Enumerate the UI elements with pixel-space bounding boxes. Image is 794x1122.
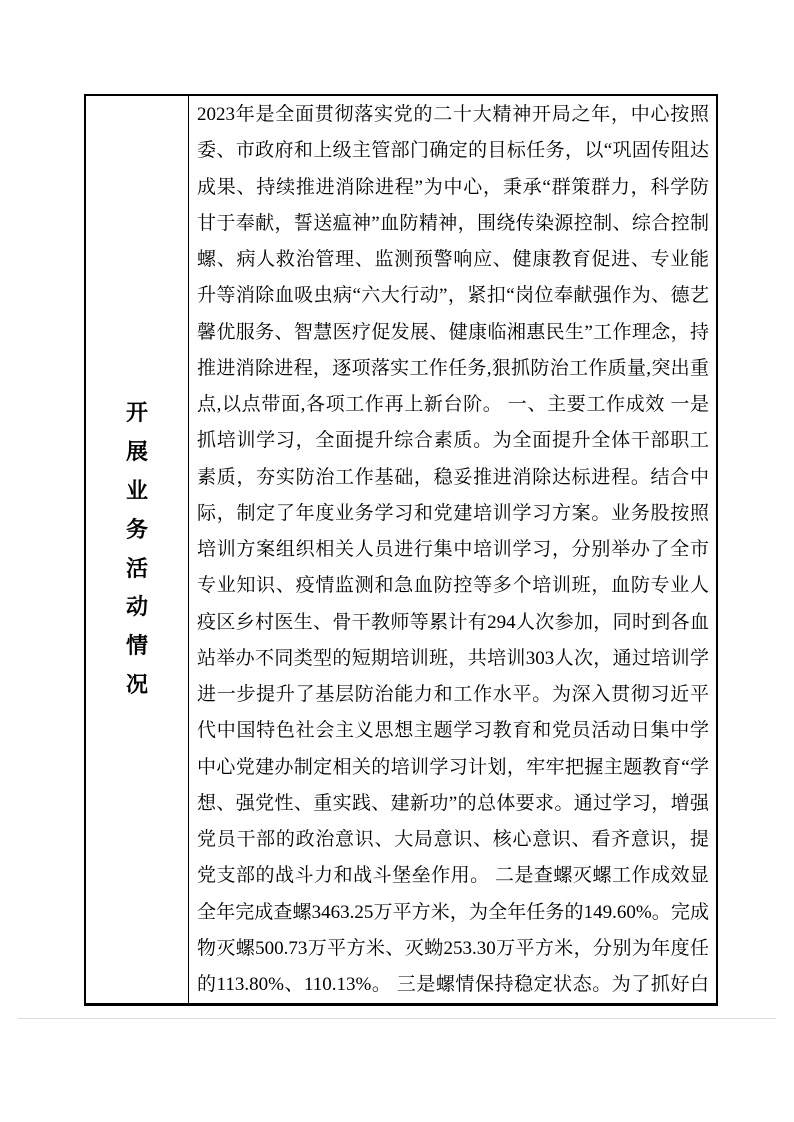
body-text-line: 点,以点带面,各项工作再上新台阶。 一、主要工作成效 一是狠 xyxy=(197,387,709,423)
body-text-line: 升等消除血吸虫病“六大行动”，紧扣“岗位奉献强作为、德艺双 xyxy=(197,278,709,314)
body-text-line: 2023年是全面贯彻落实党的二十大精神开局之年，中心按照市 xyxy=(197,97,709,133)
body-text-line: 疫区乡村医生、骨干教师等累计有294人次参加，同时到各血防 xyxy=(197,605,709,641)
document-page: 开展业务活动情况 2023年是全面贯彻落实党的二十大精神开局之年，中心按照市委、… xyxy=(0,0,794,1122)
body-text-line: 专业知识、疫情监测和急血防控等多个培训班，血防专业人员和 xyxy=(197,568,709,604)
row-header-char: 动 xyxy=(126,588,148,627)
row-header-char: 展 xyxy=(126,433,148,472)
body-text-line: 的113.80%、110.13%。 三是螺情保持稳定状态。为了抓好白沙洲 xyxy=(197,967,709,1003)
body-text-line: 螺、病人救治管理、监测预警响应、健康教育促进、专业能力提 xyxy=(197,242,709,278)
body-text-line: 甘于奉献，誓送瘟神”血防精神，围绕传染源控制、综合控制钉 xyxy=(197,206,709,242)
body-text-line: 想、强党性、重实践、建新功”的总体要求。通过学习，增强了 xyxy=(197,786,709,822)
body-text-line: 推进消除进程，逐项落实工作任务,狠抓防治工作质量,突出重 xyxy=(197,351,709,387)
row-header-char: 务 xyxy=(126,511,148,550)
body-text-line: 党员干部的政治意识、大局意识、核心意识、看齐意识，提高了 xyxy=(197,822,709,858)
body-text-line: 全年完成查螺3463.25万平方米，为全年任务的149.60%。完成药 xyxy=(197,895,709,931)
report-table: 开展业务活动情况 2023年是全面贯彻落实党的二十大精神开局之年，中心按照市委、… xyxy=(84,94,718,1006)
body-text-line: 物灭螺500.73万平方米、灭蚴253.30万平方米，分别为年度任务 xyxy=(197,931,709,967)
body-text-line: 站举办不同类型的短期培训班，共培训303人次，通过培训学习， xyxy=(197,641,709,677)
body-text-cell: 2023年是全面贯彻落实党的二十大精神开局之年，中心按照市委、市政府和上级主管部… xyxy=(189,96,716,1003)
body-text-line: 培训方案组织相关人员进行集中培训学习，分别举办了全市血防 xyxy=(197,532,709,568)
body-text-line: 际，制定了年度业务学习和党建培训学习方案。业务股按照年初 xyxy=(197,496,709,532)
row-header-char: 活 xyxy=(126,550,148,589)
body-text-line: 抓培训学习，全面提升综合素质。为全面提升全体干部职工综合 xyxy=(197,423,709,459)
row-header-char: 况 xyxy=(126,666,148,705)
body-text-line: 代中国特色社会主义思想主题学习教育和党员活动日集中学习， xyxy=(197,713,709,749)
body-text-line: 成果、持续推进消除进程”为中心，秉承“群策群力，科学防治， xyxy=(197,170,709,206)
row-header-char: 情 xyxy=(126,627,148,666)
row-header-char: 业 xyxy=(126,472,148,511)
body-text-line: 中心党建办制定相关的培训学习计划，牢牢把握主题教育“学思 xyxy=(197,750,709,786)
body-text-line: 委、市政府和上级主管部门确定的目标任务，以“巩固传阻达标 xyxy=(197,133,709,169)
body-text-line: 党支部的战斗力和战斗堡垒作用。 二是查螺灭螺工作成效显著。 xyxy=(197,858,709,894)
body-text-line: 进一步提升了基层防治能力和工作水平。为深入贯彻习近平新时 xyxy=(197,677,709,713)
body-text-line: 素质，夯实防治工作基础，稳妥推进消除达标进程。结合中心实 xyxy=(197,460,709,496)
body-text-line: 馨优服务、智慧医疗促发展、健康临湘惠民生”工作理念，持续 xyxy=(197,315,709,351)
row-header-cell: 开展业务活动情况 xyxy=(86,96,189,1003)
row-header-char: 开 xyxy=(126,394,148,433)
scan-artifact-line xyxy=(18,1018,776,1019)
